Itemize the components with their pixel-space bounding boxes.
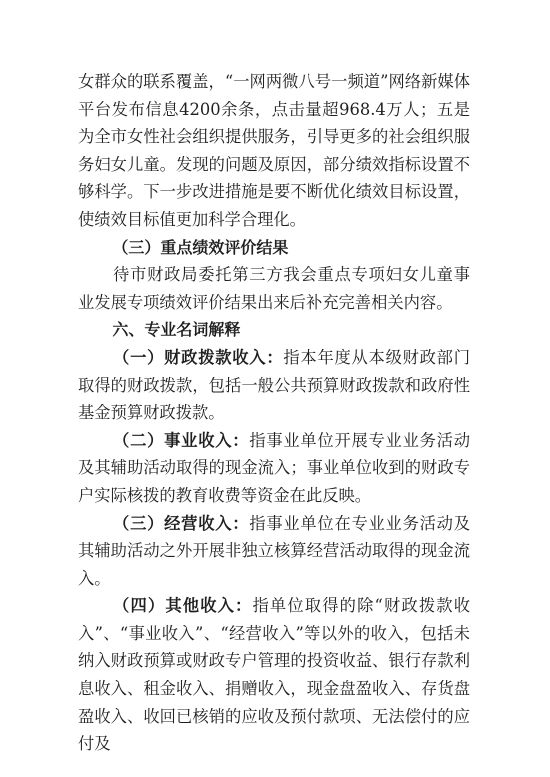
term-label: （三）重点绩效评价结果 xyxy=(112,238,288,257)
body-text: 女群众的联系覆盖，“一网两微八号一频道”网络新媒体平台发布信息4200余条，点击… xyxy=(78,72,470,229)
body-text: 指单位取得的除“财政拨款收入”、“事业收入”、“经营收入”等以外的收入，包括未纳… xyxy=(78,596,470,753)
term-label: 六、专业名词解释 xyxy=(112,320,240,339)
paragraph: （四）其他收入：指单位取得的除“财政拨款收入”、“事业收入”、“经营收入”等以外… xyxy=(78,592,470,758)
term-label: （二）事业收入： xyxy=(113,431,249,450)
paragraph: （一）财政拨款收入：指本年度从本级财政部门取得的财政拨款，包括一般公共预算财政拨… xyxy=(78,344,470,427)
paragraph: （三）经营收入：指事业单位在专业业务活动及其辅助活动之外开展非独立核算经营活动取… xyxy=(78,510,470,593)
term-label: （一）财政拨款收入： xyxy=(113,348,283,367)
paragraph: 女群众的联系覆盖，“一网两微八号一频道”网络新媒体平台发布信息4200余条，点击… xyxy=(78,68,470,234)
term-label: （四）其他收入： xyxy=(113,596,252,615)
paragraph: （二）事业收入：指事业单位开展专业业务活动及其辅助活动取得的现金流入；事业单位收… xyxy=(78,427,470,510)
document-page: 女群众的联系覆盖，“一网两微八号一频道”网络新媒体平台发布信息4200余条，点击… xyxy=(0,0,550,777)
body-text: 待市财政局委托第三方我会重点专项妇女儿童事业发展专项绩效评价结果出来后补充完善相… xyxy=(78,265,470,312)
section-heading: 六、专业名词解释 xyxy=(78,316,470,344)
paragraph: 待市财政局委托第三方我会重点专项妇女儿童事业发展专项绩效评价结果出来后补充完善相… xyxy=(78,261,470,316)
section-heading: （三）重点绩效评价结果 xyxy=(78,234,470,262)
document-text: 女群众的联系覆盖，“一网两微八号一频道”网络新媒体平台发布信息4200余条，点击… xyxy=(78,68,470,758)
term-label: （三）经营收入： xyxy=(113,514,249,533)
